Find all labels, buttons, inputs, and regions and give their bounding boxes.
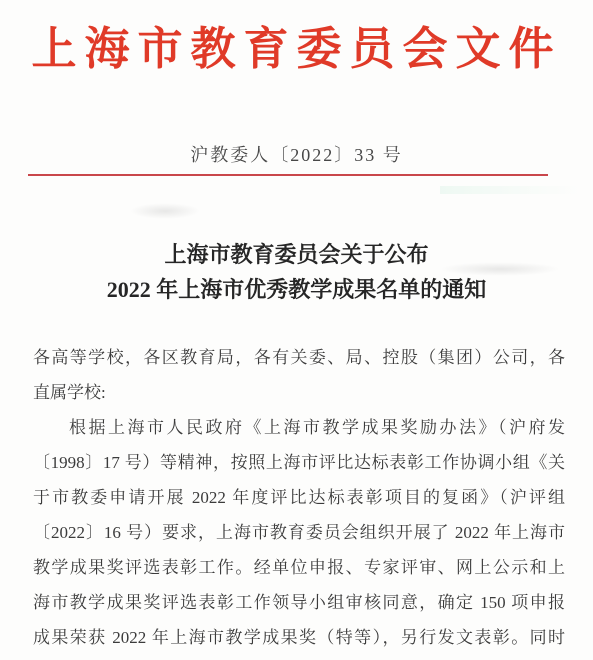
document-page: 上海市教育委员会文件 沪教委人〔2022〕33 号 上海市教育委员会关于公布 2… xyxy=(0,0,593,660)
scan-artifact xyxy=(440,186,580,194)
body-line: 〔1998〕17 号）等精神，按照上海市评比达标表彰工作协调小组《关 xyxy=(33,445,565,480)
document-title: 上海市教育委员会关于公布 2022 年上海市优秀教学成果名单的通知 xyxy=(0,237,593,307)
body-line: 教学成果奖评选表彰工作。经单位申报、专家评审、网上公示和上 xyxy=(33,550,565,585)
body-line: 于市教委申请开展 2022 年度评比达标表彰项目的复函》（沪评组 xyxy=(33,480,565,515)
document-title-line1: 上海市教育委员会关于公布 xyxy=(0,237,593,272)
body-line-salutation-2: 直属学校: xyxy=(33,375,565,410)
scan-artifact xyxy=(130,203,200,219)
body-line: 海市教学成果奖评选表彰工作领导小组审核同意，确定 150 项申报 xyxy=(33,585,565,620)
red-divider-line xyxy=(28,174,548,176)
document-title-line2: 2022 年上海市优秀教学成果名单的通知 xyxy=(0,272,593,307)
body-line: 〔2022〕16 号）要求，上海市教育委员会组织开展了 2022 年上海市 xyxy=(33,515,565,550)
body-line-salutation-1: 各高等学校，各区教育局，各有关委、局、控股（集团）公司，各 xyxy=(33,340,565,375)
agency-header: 上海市教育委员会文件 xyxy=(0,12,593,77)
document-number: 沪教委人〔2022〕33 号 xyxy=(0,141,593,167)
body-line: 根据上海市人民政府《上海市教学成果奖励办法》（沪府发 xyxy=(33,410,565,445)
body-line: 成果荣获 2022 年上海市教学成果奖（特等），另行发文表彰。同时 xyxy=(33,620,565,655)
document-body: 各高等学校，各区教育局，各有关委、局、控股（集团）公司，各 直属学校: 根据上海… xyxy=(33,340,565,655)
